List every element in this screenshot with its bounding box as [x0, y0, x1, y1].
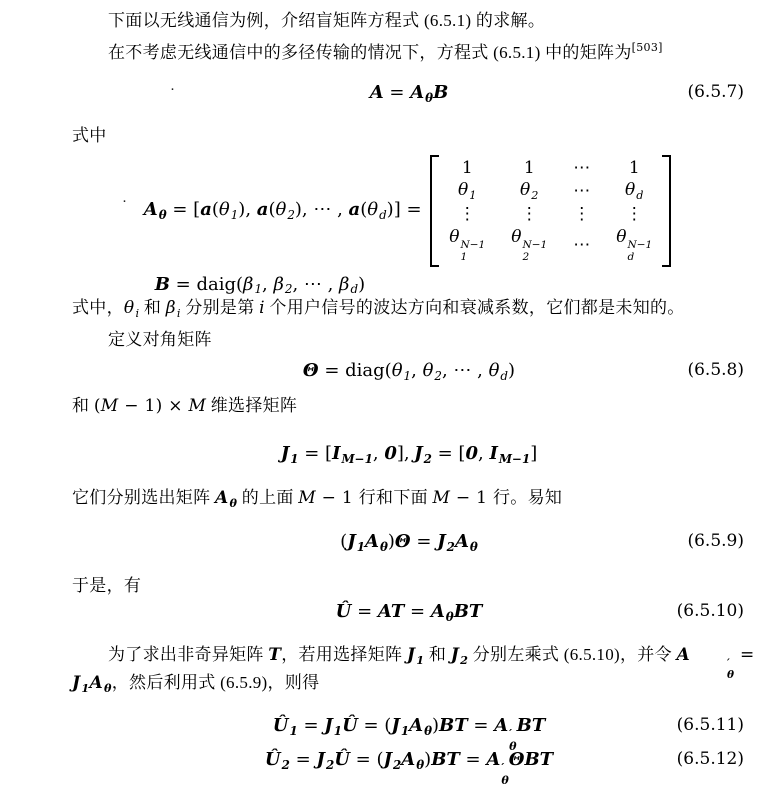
- matrix-cell: ⋯: [573, 181, 590, 201]
- equation-6-5-11-number: (6.5.11): [677, 713, 744, 737]
- paragraph-select-rows: 它们分别选出矩阵 Aθ 的上面 M − 1 行和下面 M − 1 行。易知: [72, 486, 746, 515]
- matrix-right-bracket: [662, 155, 671, 267]
- equation-6-5-10-body: Û = AT = AθBT: [336, 599, 483, 629]
- matrix-cells: 11⋯1θ1θ2⋯θd⋮⋮⋮⋮θN−11θN−12⋯θN−1d: [439, 155, 662, 267]
- matrix-cell: θN−11: [449, 227, 485, 264]
- paragraph-nonsingular-line2: J1Aθ，然后利用式 (6.5.9)，则得: [72, 671, 746, 700]
- matrix-cell: ⋯: [573, 235, 590, 255]
- paragraph-yushi: 于是，有: [72, 574, 746, 597]
- matrix-cell: ⋮: [573, 204, 590, 224]
- matrix-cell: 1: [462, 158, 473, 178]
- equation-J1-J2-body: J1 = [IM−1, 0], J2 = [0, IM−1]: [281, 441, 538, 471]
- matrix-cell: ⋯: [573, 158, 590, 178]
- equation-6-5-10: Û = AT = AθBT (6.5.10): [72, 599, 746, 623]
- textbook-page: 下面以无线通信为例，介绍盲矩阵方程式 (6.5.1) 的求解。 在不考虑无线通信…: [0, 0, 776, 791]
- matrix-left-bracket: [430, 155, 439, 267]
- matrix-cell: θ1: [458, 180, 476, 202]
- paragraph-theta-beta: 式中，θi 和 βi 分别是第 i 个用户信号的波达方向和衰减系数，它们都是未知…: [72, 296, 746, 325]
- matrix-cell: 1: [629, 158, 640, 178]
- equation-6-5-8-body: Θ = diag(θ1, θ2, ⋯ , θd): [303, 358, 515, 388]
- equation-6-5-12: Û2 = J2Û = (J2Aθ)BT = A′θΘBT (6.5.12): [72, 747, 746, 771]
- matrix-cell: θd: [625, 180, 643, 202]
- paragraph-define-diagonal: 定义对角矩阵: [72, 328, 746, 351]
- matrix-cell: θ2: [520, 180, 538, 202]
- matrix-cell: 1: [524, 158, 535, 178]
- equation-group-Atheta-B: Aθ = [a(θ1), a(θ2), ⋯ , a(θd)] = 11⋯1θ1θ…: [72, 155, 746, 296]
- matrix-cell: θN−12: [511, 227, 547, 264]
- matrix-cell: θN−1d: [616, 227, 652, 264]
- equation-6-5-12-number: (6.5.12): [677, 747, 744, 771]
- aligned-equations: Aθ = [a(θ1), a(θ2), ⋯ , a(θd)] = 11⋯1θ1θ…: [144, 155, 675, 296]
- paragraph-intro: 下面以无线通信为例，介绍盲矩阵方程式 (6.5.1) 的求解。: [72, 9, 746, 32]
- paragraph-shizhong: 式中: [72, 124, 746, 147]
- equation-6-5-8-number: (6.5.8): [687, 358, 744, 382]
- equation-6-5-11: Û1 = J1Û = (J1Aθ)BT = A′θBT (6.5.11): [72, 713, 746, 737]
- vandermonde-matrix: 11⋯1θ1θ2⋯θd⋮⋮⋮⋮θN−11θN−12⋯θN−1d: [430, 155, 671, 267]
- equation-6-5-7-body: A = AθB: [370, 80, 449, 110]
- equation-6-5-12-body: Û2 = J2Û = (J2Aθ)BT = A′θΘBT: [265, 747, 553, 787]
- equation-B-daig: B = daig(β1, β2, ⋯ , βd): [155, 274, 675, 297]
- paragraph-selection-matrices: 和 (M − 1) × M 维选择矩阵: [72, 394, 746, 418]
- paragraph-no-multipath: 在不考虑无线通信中的多径传输的情况下，方程式 (6.5.1) 中的矩阵为[503…: [72, 36, 746, 64]
- matrix-cell: ⋮: [459, 204, 476, 224]
- equation-Atheta-matrix: Aθ = [a(θ1), a(θ2), ⋯ , a(θd)] = 11⋯1θ1θ…: [144, 155, 675, 267]
- equation-6-5-9-number: (6.5.9): [687, 529, 744, 553]
- equation-6-5-9: (J1Aθ)Θ = J2Aθ (6.5.9): [72, 529, 746, 553]
- matrix-cell: ⋮: [521, 204, 538, 224]
- equation-J1-J2: J1 = [IM−1, 0], J2 = [0, IM−1]: [72, 441, 746, 465]
- equation-6-5-9-body: (J1Aθ)Θ = J2Aθ: [340, 529, 478, 559]
- matrix-cell: ⋮: [626, 204, 643, 224]
- equation-6-5-7: A = AθB (6.5.7): [72, 80, 746, 104]
- equation-6-5-10-number: (6.5.10): [677, 599, 744, 623]
- equation-6-5-7-number: (6.5.7): [687, 80, 744, 104]
- equation-6-5-8: Θ = diag(θ1, θ2, ⋯ , θd) (6.5.8): [72, 358, 746, 382]
